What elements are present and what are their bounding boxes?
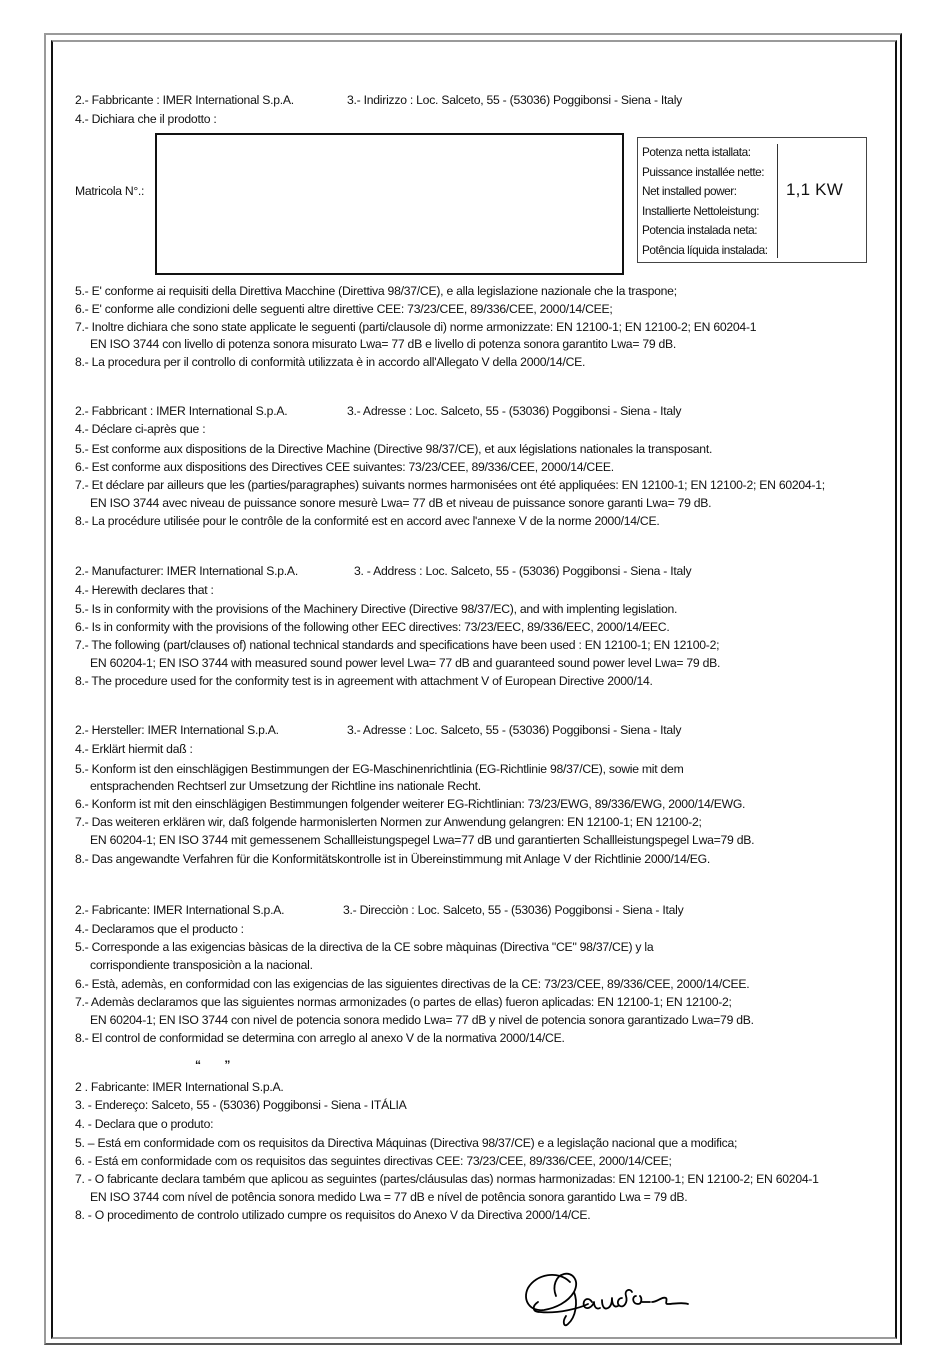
power-label-it: Potenza netta istallata:	[642, 143, 768, 163]
address-label: 3.- Adresse : Loc. Salceto, 55 - (53036)…	[347, 404, 681, 419]
item-6: 6.- Is in conformity with the provisions…	[75, 620, 669, 635]
item-7-cont: EN ISO 3744 con livello di potenza sonor…	[90, 337, 676, 352]
item-6: 6.- E' conforme alle condizioni delle se…	[75, 302, 613, 317]
item-8: 8.- The procedure used for the conformit…	[75, 674, 653, 689]
item-6: 6.- Est conforme aux dispositions des Di…	[75, 460, 614, 475]
item-5-cont: corrispondiente transposiciòn a la nacio…	[90, 958, 313, 973]
power-label-es: Potencia instalada neta:	[642, 221, 768, 241]
item-7: 7.- Ademàs declaramos que las siguientes…	[75, 995, 732, 1010]
manufacturer-label: 2.- Hersteller: IMER International S.p.A…	[75, 723, 347, 738]
item-8: 8.- El control de conformidad se determi…	[75, 1031, 565, 1046]
manufacturer-line: 2.- Fabricante: IMER International S.p.A…	[75, 903, 683, 918]
serial-number-box	[155, 133, 624, 275]
declares-line: 4.- Declaramos que el producto :	[75, 922, 244, 937]
manufacturer-line: 2.- Hersteller: IMER International S.p.A…	[75, 723, 681, 738]
declares-line: 4.- Déclare ci-après que :	[75, 422, 205, 437]
address-label: 3.- Adresse : Loc. Salceto, 55 - (53036)…	[347, 723, 681, 738]
declares-line: 4.- Dichiara che il prodotto :	[75, 112, 217, 127]
net-installed-power-box: Potenza netta istallata: Puissance insta…	[637, 137, 867, 263]
power-label-pt: Potência líquida instalada:	[642, 241, 768, 261]
manufacturer-label: 2.- Fabbricante : IMER International S.p…	[75, 93, 347, 108]
item-7: 7. - O fabricante declara também que apl…	[75, 1172, 819, 1187]
manufacturer-line: 2.- Manufacturer: IMER International S.p…	[75, 564, 691, 579]
item-5-cont: entsprachenden Rechtserl zur Umsetzung d…	[90, 779, 481, 794]
serial-number-label: Matricola N°.:	[75, 184, 144, 198]
power-value: 1,1 KW	[786, 180, 843, 200]
item-5: 5.- Konform ist den einschlägigen Bestim…	[75, 762, 683, 777]
item-7-cont: EN ISO 3744 avec niveau de puissance son…	[90, 496, 711, 511]
item-6: 6.- Està, ademàs, en conformidad con las…	[75, 977, 749, 992]
item-7: 7.- Inoltre dichiara che sono state appl…	[75, 320, 756, 335]
item-7-cont: EN 60204-1; EN ISO 3744 con nivel de pot…	[90, 1013, 754, 1028]
power-labels: Potenza netta istallata: Puissance insta…	[642, 143, 768, 260]
power-label-en: Net installed power:	[642, 182, 768, 202]
manufacturer-label: 2.- Manufacturer: IMER International S.p…	[75, 564, 354, 579]
power-label-fr: Puissance installée nette:	[642, 163, 768, 183]
item-6: 6. - Está em conformidade com os requisi…	[75, 1154, 672, 1169]
power-divider	[777, 144, 778, 258]
address-label: 3.- Indirizzo : Loc. Salceto, 55 - (5303…	[347, 93, 682, 108]
manufacturer-line: 2 . Fabricante: IMER International S.p.A…	[75, 1080, 284, 1095]
item-7-cont: EN ISO 3744 com nível de potência sonora…	[90, 1190, 687, 1205]
address-line: 3. - Endereço: Salceto, 55 - (53036) Pog…	[75, 1098, 407, 1113]
item-7-cont: EN 60204-1; EN ISO 3744 mit gemessenem S…	[90, 833, 754, 848]
manufacturer-label: 2.- Fabricante: IMER International S.p.A…	[75, 903, 343, 918]
item-7: 7.- Das weiteren erklären wir, daß folge…	[75, 815, 702, 830]
item-8: 8.- Das angewandte Verfahren für die Kon…	[75, 852, 710, 867]
item-5: 5. – Está em conformidade com os requisi…	[75, 1136, 737, 1151]
address-label: 3. - Address : Loc. Salceto, 55 - (53036…	[354, 564, 691, 579]
item-8: 8.- La procédure utilisée pour le contrô…	[75, 514, 660, 529]
item-6: 6.- Konform ist mit den einschlägigen Be…	[75, 797, 745, 812]
item-5: 5.- Corresponde a las exigencias bàsicas…	[75, 940, 653, 955]
power-label-de: Installierte Nettoleistung:	[642, 202, 768, 222]
item-8: 8.- La procedura per il controllo di con…	[75, 355, 585, 370]
declares-line: 4.- Herewith declares that :	[75, 583, 214, 598]
item-5: 5.- Est conforme aux dispositions de la …	[75, 442, 712, 457]
item-7: 7.- The following (part/clauses of) nati…	[75, 638, 719, 653]
manufacturer-label: 2.- Fabbricant : IMER International S.p.…	[75, 404, 347, 419]
item-7: 7.- Et déclare par ailleurs que les (par…	[75, 478, 825, 493]
item-8: 8. - O procedimento de controlo utilizad…	[75, 1208, 590, 1223]
signature-icon	[518, 1262, 748, 1332]
item-5: 5.- Is in conformity with the provisions…	[75, 602, 677, 617]
manufacturer-line: 2.- Fabbricante : IMER International S.p…	[75, 93, 682, 108]
declares-line: 4. - Declara que o produto:	[75, 1117, 213, 1132]
manufacturer-line: 2.- Fabbricant : IMER International S.p.…	[75, 404, 681, 419]
item-5: 5.- E' conforme ai requisiti della Diret…	[75, 284, 677, 299]
declares-line: 4.- Erklärt hiermit daß :	[75, 742, 193, 757]
item-7-cont: EN 60204-1; EN ISO 3744 with measured so…	[90, 656, 720, 671]
quotation-marks: “ ”	[195, 1058, 240, 1072]
address-label: 3.- Direcciòn : Loc. Salceto, 55 - (5303…	[343, 903, 683, 918]
